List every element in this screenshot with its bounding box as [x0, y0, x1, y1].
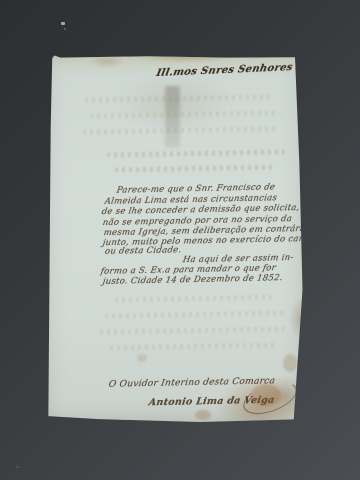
dust-speck [61, 22, 65, 25]
manuscript-page: Ill.mos Snres Senhores Parece-me que o S… [45, 54, 303, 422]
stain [195, 410, 211, 420]
bleed-through-line [105, 310, 285, 318]
dust-speck [16, 466, 19, 468]
stain [137, 354, 147, 362]
stain [251, 384, 281, 406]
bleed-through-line [115, 165, 275, 173]
bleed-through-line [107, 149, 285, 157]
photo-background: { "colors": { "background_dark": "#2c2f3… [0, 0, 360, 480]
letter-heading: Ill.mos Snres Senhores [155, 62, 294, 79]
manuscript-line: ou desta Cidade. [104, 245, 182, 257]
dust-speck [64, 28, 66, 30]
bleed-through-line [110, 343, 275, 351]
bleed-through-line [100, 326, 285, 334]
stain [283, 354, 297, 372]
bleed-through-line [90, 110, 280, 118]
letter-closing: O Ouvidor Interino desta Comarca [108, 376, 276, 389]
bleed-through-line [115, 295, 275, 303]
bleed-through-line [83, 126, 278, 134]
